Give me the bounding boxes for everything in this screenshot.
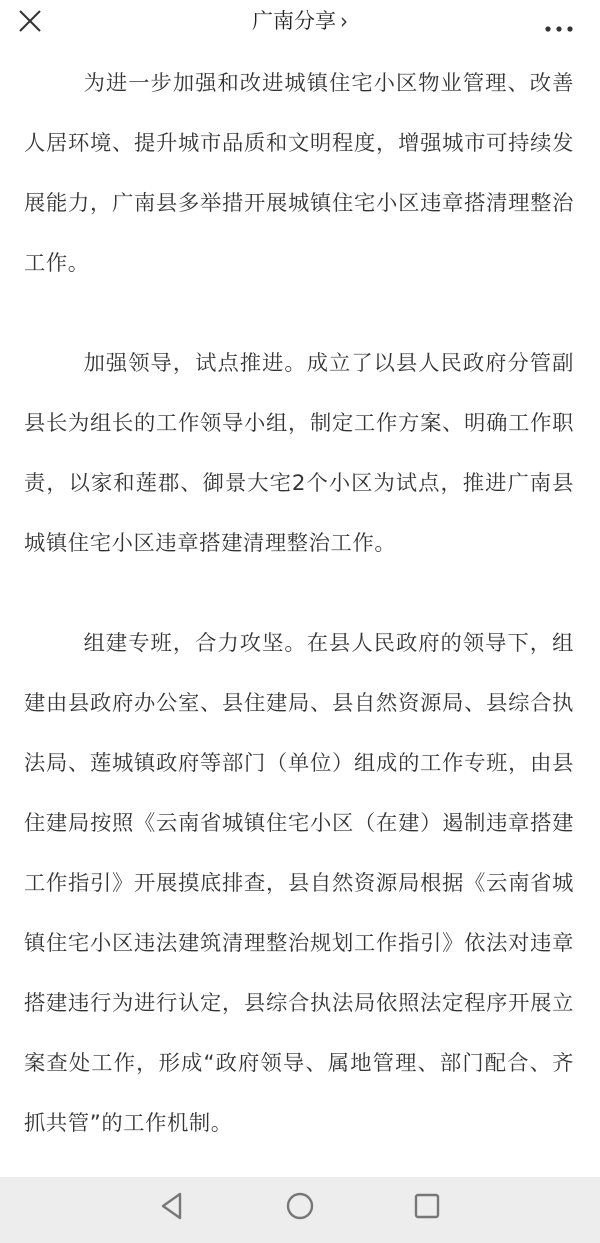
article-body: 为进一步加强和改进城镇住宅小区物业管理、改善人居环境、提升城市品质和文明程度，增… — [24, 54, 574, 1194]
more-button[interactable] — [544, 18, 574, 26]
recent-apps-button[interactable] — [412, 1191, 442, 1221]
back-button[interactable] — [158, 1191, 188, 1221]
article-paragraph: 组建专班，合力攻坚。在县人民政府的领导下，组建由县政府办公室、县住建局、县自然资… — [24, 614, 574, 1154]
recent-square-icon — [412, 1191, 442, 1221]
page-title[interactable]: 广南分享› — [0, 6, 600, 36]
article-paragraph: 加强领导，试点推进。成立了以县人民政府分管副县长为组长的工作领导小组，制定工作方… — [24, 334, 574, 574]
system-navigation-bar — [0, 1177, 600, 1243]
article-paragraph: 为进一步加强和改进城镇住宅小区物业管理、改善人居环境、提升城市品质和文明程度，增… — [24, 54, 574, 294]
top-bar: 广南分享› — [0, 0, 600, 44]
page-title-text: 广南分享 — [252, 9, 336, 33]
home-circle-icon — [285, 1191, 315, 1221]
back-triangle-icon — [158, 1191, 188, 1221]
chevron-right-icon: › — [340, 5, 348, 38]
more-icon — [544, 25, 574, 33]
home-button[interactable] — [285, 1191, 315, 1221]
